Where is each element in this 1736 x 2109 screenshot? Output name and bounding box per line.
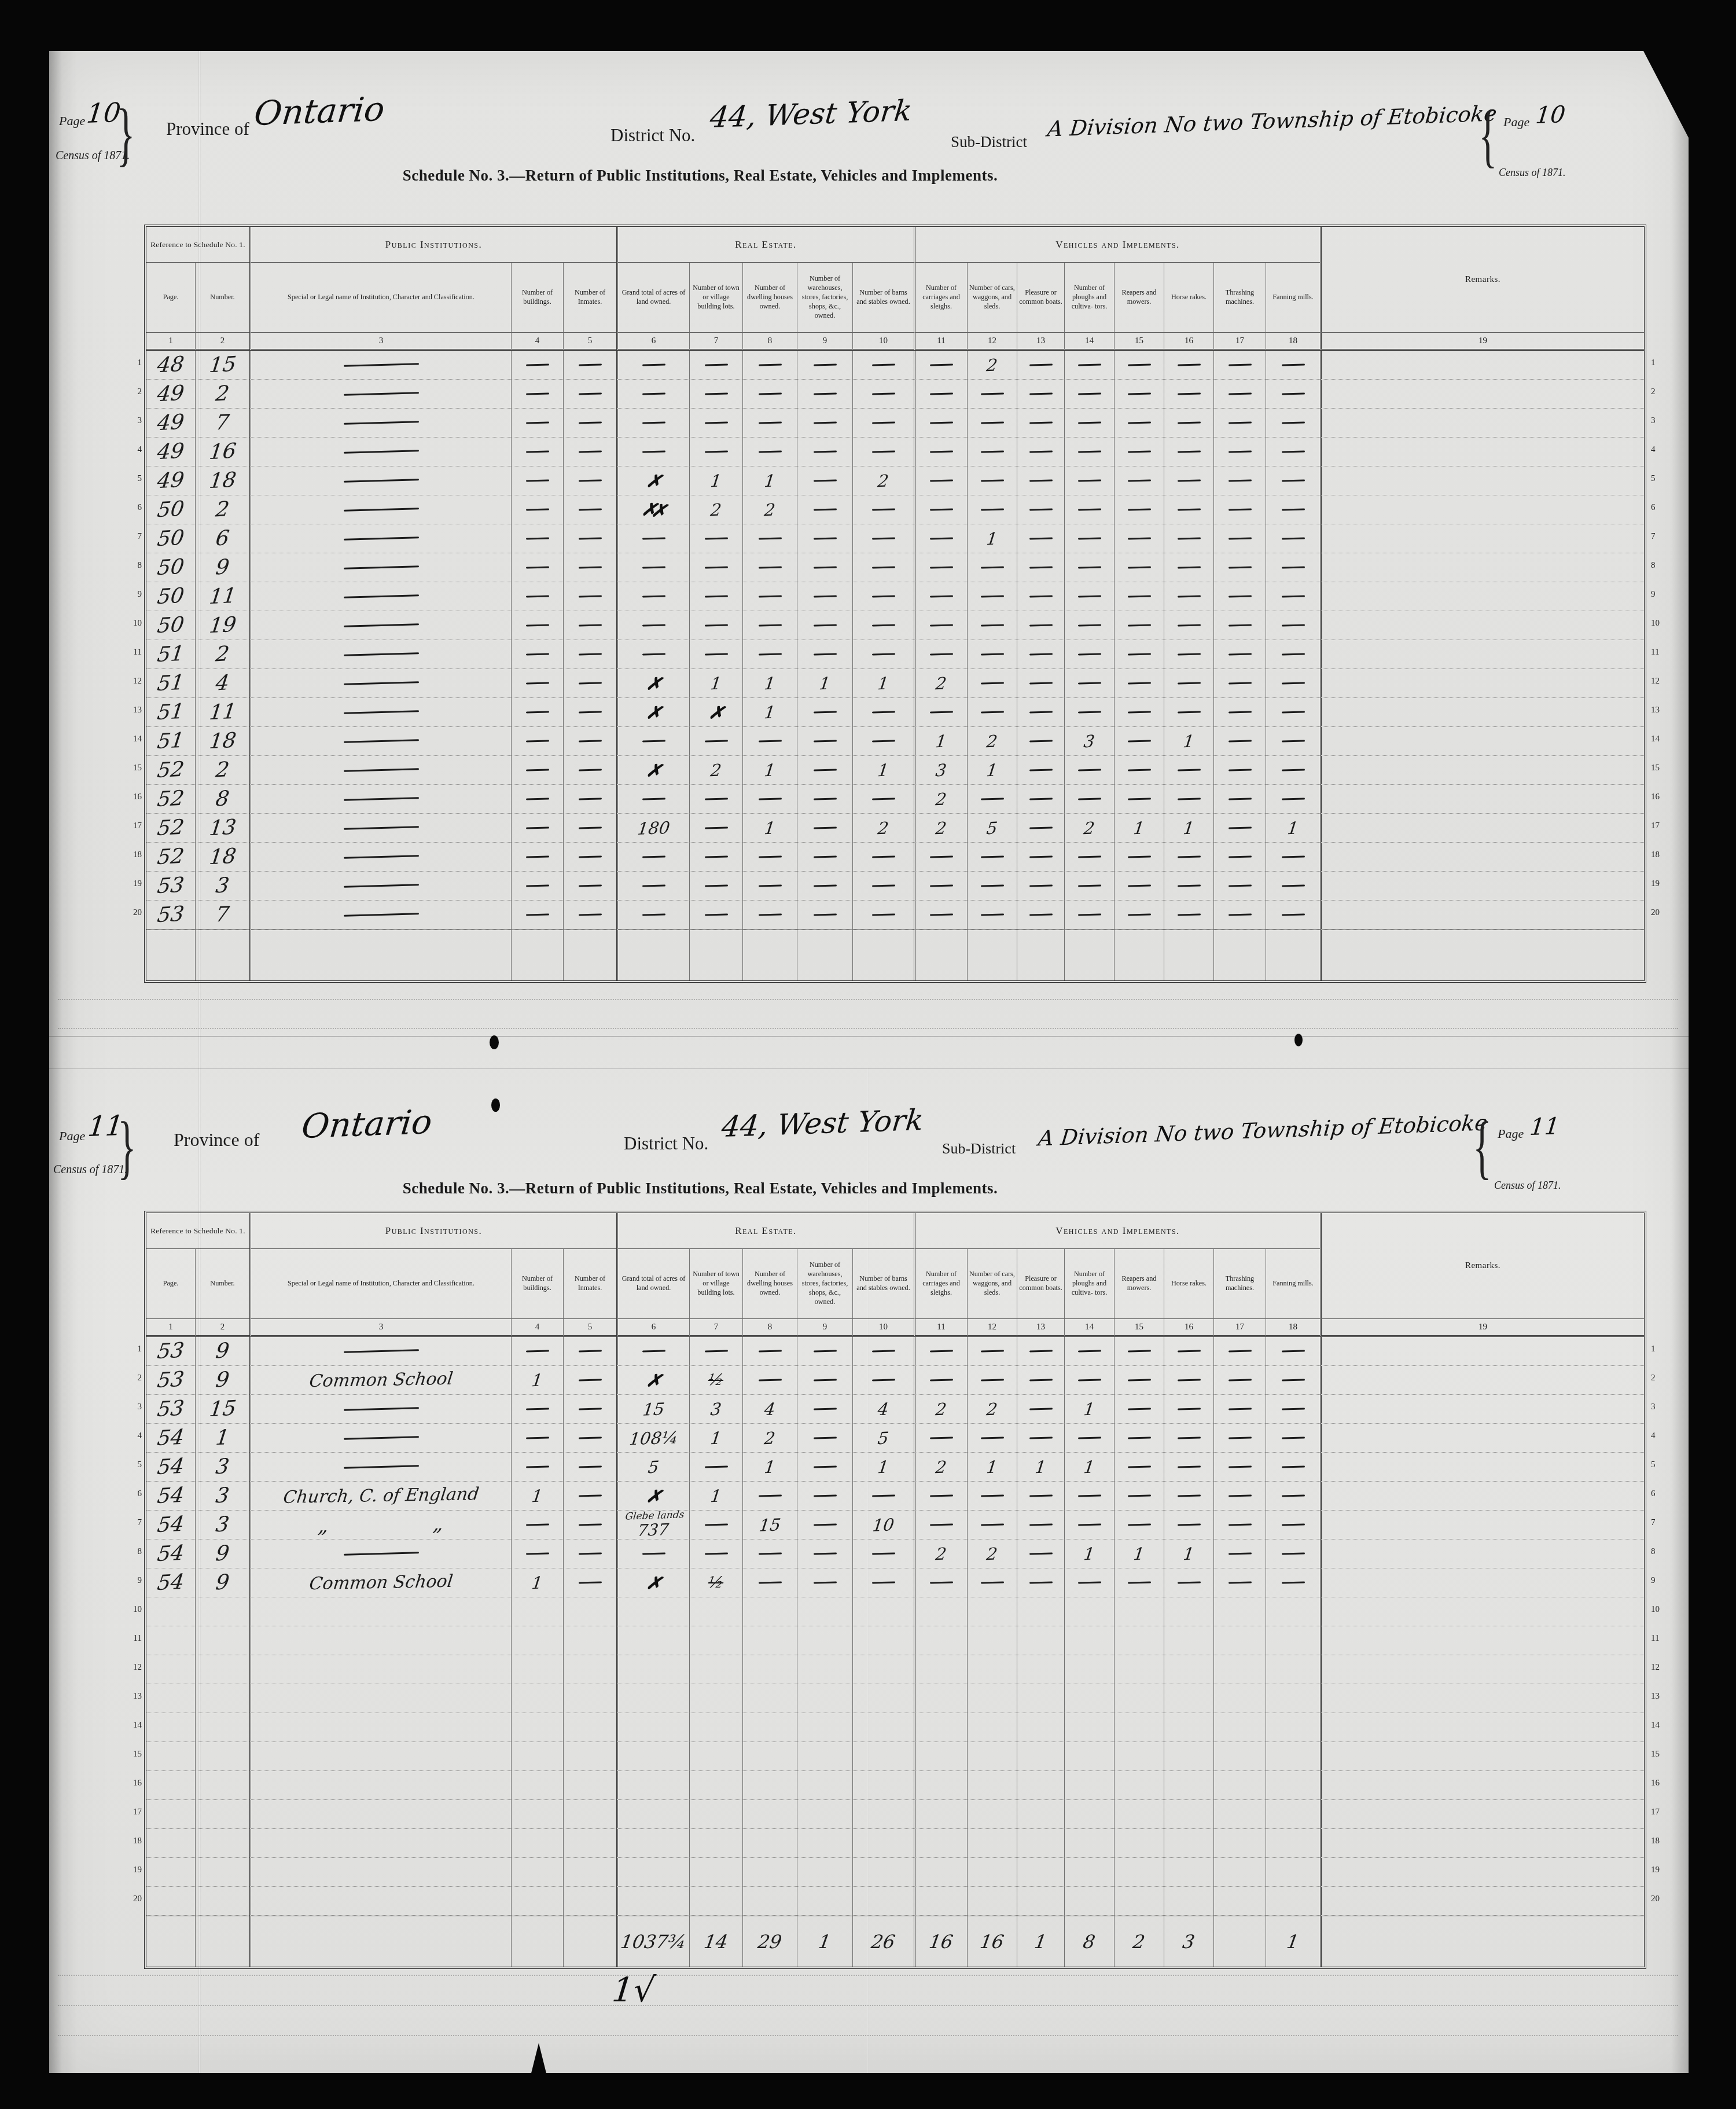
- dash-mark: [343, 363, 418, 366]
- cell-r9-c1: 54: [146, 1568, 195, 1597]
- row-number-left: 2: [119, 377, 142, 406]
- cell-r20-c3: [249, 901, 511, 929]
- cell-r10-c12: [967, 1597, 1017, 1626]
- column-number-14: 14: [1064, 332, 1114, 351]
- dash-mark: [871, 913, 895, 916]
- dash-mark: [929, 392, 952, 395]
- cell-r1-c7: [689, 1337, 742, 1366]
- cell-r18-c13: [1017, 1829, 1064, 1858]
- dash-mark: [1029, 1436, 1052, 1439]
- dash-mark: [813, 798, 836, 800]
- dash-mark: [1029, 798, 1052, 800]
- dash-mark: [929, 508, 952, 510]
- total-value-hw: 1: [1033, 1931, 1048, 1953]
- column-header-16: Horse rakes.: [1164, 1249, 1213, 1318]
- cell-r2-c12: [967, 380, 1017, 409]
- total-cell-c4: [511, 1916, 563, 1967]
- cell-r20-c8: [742, 901, 797, 929]
- dash-mark: [1177, 1494, 1200, 1497]
- value-hw: 1: [985, 760, 999, 780]
- row-number-right: 17: [1649, 811, 1672, 840]
- dash-mark: [525, 508, 549, 510]
- cell-r7-c9: [797, 524, 852, 553]
- cell-r12-c16: [1164, 1655, 1213, 1684]
- dash-mark: [1177, 884, 1200, 887]
- ref-page-hw: 53: [156, 873, 185, 898]
- row-number-left: 1: [119, 1335, 142, 1364]
- cell-r1-c13: [1017, 351, 1064, 380]
- ref-number-hw: 9: [214, 555, 230, 579]
- ref-page-hw: 49: [156, 468, 185, 493]
- cell-r2-c18: [1266, 1366, 1320, 1395]
- row-number-right: 19: [1649, 1856, 1672, 1884]
- row-number-right: 4: [1649, 435, 1672, 464]
- row-number-left: 11: [119, 1624, 142, 1653]
- ruled-line: [58, 1028, 1678, 1029]
- schedule-table: Reference to Schedule No. 1.Public Insti…: [144, 225, 1646, 983]
- cell-r18-c13: [1017, 843, 1064, 872]
- cell-r7-c3: „ „: [249, 1511, 511, 1540]
- dash-mark: [343, 421, 418, 424]
- cell-r15-c1: 52: [146, 756, 195, 785]
- dash-mark: [1228, 1379, 1251, 1381]
- cell-r17-c2: [195, 1800, 249, 1829]
- cell-r17-c10: 2: [852, 814, 914, 843]
- dash-mark: [1228, 653, 1251, 655]
- cell-r10-c10: [852, 1597, 914, 1626]
- ref-number-hw: 1: [214, 1425, 230, 1450]
- cell-r8-c12: [967, 553, 1017, 582]
- value-hw: 2: [877, 818, 890, 838]
- dash-mark: [578, 450, 601, 453]
- crossed-out-scribble: ✗: [645, 671, 662, 695]
- cell-r1-c17: [1213, 351, 1266, 380]
- dash-mark: [813, 711, 836, 713]
- dash-mark: [980, 711, 1003, 713]
- dash-mark: [1127, 450, 1150, 453]
- total-cell-c14: [1064, 929, 1114, 980]
- cell-r8-c18: [1266, 1540, 1320, 1568]
- cell-r17-c18: [1266, 1800, 1320, 1829]
- dash-mark: [642, 884, 665, 887]
- dash-mark: [704, 392, 727, 395]
- crossed-out-scribble: ✗: [645, 758, 662, 782]
- cell-r6-c5: [563, 1482, 616, 1511]
- cell-r20-c7: [689, 1887, 742, 1916]
- total-cell-c17: [1213, 929, 1266, 980]
- cell-r10-c16: [1164, 1597, 1213, 1626]
- cell-r10-c13: [1017, 1597, 1064, 1626]
- dash-mark: [704, 421, 727, 424]
- district-value-hw: 44, West York: [708, 94, 914, 134]
- cell-r7-c4: [511, 524, 563, 553]
- dash-mark: [1077, 537, 1101, 539]
- cell-r7-c4: [511, 1511, 563, 1540]
- row-number-left: 18: [119, 840, 142, 869]
- cell-r19-c7: [689, 872, 742, 901]
- dash-mark: [578, 1465, 601, 1468]
- value-hw: 3: [709, 1399, 723, 1419]
- cell-r6-c1: 50: [146, 495, 195, 524]
- page-number-right-hw-2: 11: [1528, 1113, 1561, 1141]
- cell-r5-c10: 2: [852, 466, 914, 495]
- cell-r9-c9: [797, 1568, 852, 1597]
- ref-number-hw: 3: [214, 1483, 230, 1508]
- cell-r4-c18: [1266, 438, 1320, 466]
- row-number-right: 17: [1649, 1798, 1672, 1827]
- cell-r10-c4: [511, 1597, 563, 1626]
- cell-r15-c6: [616, 1742, 689, 1771]
- column-header-1: Page.: [146, 1249, 195, 1318]
- cell-r18-c17: [1213, 1829, 1266, 1858]
- cell-r8-c17: [1213, 553, 1266, 582]
- column-header-9: Number of warehouses, stores, factories,…: [797, 263, 852, 332]
- cell-r4-c1: 54: [146, 1424, 195, 1453]
- cell-r15-c11: 3: [914, 756, 967, 785]
- cell-r4-c10: [852, 438, 914, 466]
- cell-r16-c9: [797, 785, 852, 814]
- cell-r8-c19: [1320, 1540, 1644, 1568]
- column-header-9: Number of warehouses, stores, factories,…: [797, 1249, 852, 1318]
- cell-r13-c13: [1017, 698, 1064, 727]
- cell-r11-c12: [967, 640, 1017, 669]
- cell-r8-c14: 1: [1064, 1540, 1114, 1568]
- cell-r3-c4: [511, 409, 563, 438]
- cell-r16-c5: [563, 1771, 616, 1800]
- cell-r8-c13: [1017, 553, 1064, 582]
- ref-page-hw: 51: [156, 642, 185, 667]
- dash-mark: [929, 624, 952, 626]
- cell-r20-c15: [1114, 1887, 1164, 1916]
- ref-number-hw: 7: [214, 902, 230, 927]
- row-number-right: 9: [1649, 1566, 1672, 1595]
- column-number-19: 19: [1320, 332, 1644, 351]
- cell-r6-c2: 2: [195, 495, 249, 524]
- total-cell-c12: [967, 929, 1017, 980]
- cell-r9-c18: [1266, 582, 1320, 611]
- cell-r14-c19: [1320, 1713, 1644, 1742]
- value-hw: 2: [935, 1544, 948, 1564]
- cell-r17-c13: [1017, 1800, 1064, 1829]
- cell-r5-c17: [1213, 1453, 1266, 1482]
- value-hw: 180: [637, 818, 671, 839]
- cell-r1-c8: [742, 1337, 797, 1366]
- dash-mark: [813, 1408, 836, 1410]
- dash-mark: [525, 479, 549, 482]
- value-hw: 2: [935, 673, 948, 693]
- dash-mark: [1177, 1465, 1200, 1468]
- cell-r6-c7: 1: [689, 1482, 742, 1511]
- cell-r14-c11: [914, 1713, 967, 1742]
- dash-mark: [1029, 826, 1052, 829]
- cell-r4-c13: [1017, 1424, 1064, 1453]
- dash-mark: [1077, 363, 1101, 366]
- dash-mark: [1228, 624, 1251, 626]
- cell-r13-c13: [1017, 1684, 1064, 1713]
- dash-mark: [343, 884, 418, 887]
- cell-r3-c8: [742, 409, 797, 438]
- dash-mark: [813, 479, 836, 482]
- cell-r10-c2: 19: [195, 611, 249, 640]
- ref-number-hw: 9: [214, 1368, 230, 1392]
- cell-r13-c12: [967, 1684, 1017, 1713]
- dash-mark: [343, 1407, 418, 1410]
- column-header-18: Fanning mills.: [1266, 1249, 1320, 1318]
- cell-r15-c19: [1320, 756, 1644, 785]
- dash-mark: [578, 769, 601, 771]
- row-number-left: 4: [119, 1421, 142, 1450]
- cell-r8-c7: [689, 553, 742, 582]
- cell-r13-c4: [511, 698, 563, 727]
- cell-r11-c11: [914, 1626, 967, 1655]
- dash-mark: [704, 450, 727, 453]
- group-header-public-institutions: Public Institutions.: [249, 1213, 616, 1249]
- value-hw: 1: [763, 702, 777, 722]
- dash-mark: [1077, 769, 1101, 771]
- cell-r19-c8: [742, 872, 797, 901]
- cell-r6-c4: [511, 495, 563, 524]
- cell-r11-c15: [1114, 1626, 1164, 1655]
- cell-r6-c12: [967, 495, 1017, 524]
- dash-mark: [578, 624, 601, 626]
- dash-mark: [642, 421, 665, 424]
- cell-r15-c8: [742, 1742, 797, 1771]
- cell-r7-c1: 50: [146, 524, 195, 553]
- cell-r7-c19: [1320, 524, 1644, 553]
- cell-r18-c5: [563, 843, 616, 872]
- column-header-15: Reapers and mowers.: [1114, 263, 1164, 332]
- cell-r7-c17: [1213, 1511, 1266, 1540]
- dash-mark: [525, 913, 549, 916]
- row-number-right: 13: [1649, 696, 1672, 725]
- cell-r20-c3: [249, 1887, 511, 1916]
- cell-r14-c17: [1213, 727, 1266, 756]
- dash-mark: [980, 479, 1003, 482]
- dash-mark: [758, 1581, 781, 1583]
- dash-mark: [980, 653, 1003, 655]
- cell-r15-c15: [1114, 1742, 1164, 1771]
- dash-mark: [578, 1436, 601, 1439]
- value-hw: 1: [763, 673, 777, 693]
- cell-r10-c10: [852, 611, 914, 640]
- cell-r9-c8: [742, 582, 797, 611]
- cell-r10-c8: [742, 611, 797, 640]
- cell-r4-c16: [1164, 1424, 1213, 1453]
- cell-r10-c14: [1064, 611, 1114, 640]
- dash-mark: [343, 565, 418, 569]
- dash-mark: [578, 1379, 601, 1381]
- cell-r4-c3: [249, 438, 511, 466]
- cell-r5-c7: [689, 1453, 742, 1482]
- cell-r5-c19: [1320, 466, 1644, 495]
- value-hw: 3: [1083, 731, 1096, 751]
- dash-mark: [871, 653, 895, 655]
- cell-r7-c17: [1213, 524, 1266, 553]
- cell-r15-c9: [797, 756, 852, 785]
- dash-mark: [343, 652, 418, 656]
- dash-mark: [929, 913, 952, 916]
- cell-r5-c12: [967, 466, 1017, 495]
- cell-r11-c8: [742, 640, 797, 669]
- cell-r5-c8: 1: [742, 466, 797, 495]
- dash-mark: [1127, 1465, 1150, 1468]
- cell-r17-c12: 5: [967, 814, 1017, 843]
- cell-r15-c10: 1: [852, 756, 914, 785]
- cell-r12-c1: [146, 1655, 195, 1684]
- cell-r2-c5: [563, 1366, 616, 1395]
- cell-r17-c6: 180: [616, 814, 689, 843]
- dash-mark: [758, 566, 781, 568]
- cell-r2-c13: [1017, 1366, 1064, 1395]
- total-cell-c1: [146, 929, 195, 980]
- dash-mark: [704, 595, 727, 597]
- column-number-11: 11: [914, 1318, 967, 1337]
- dash-mark: [343, 739, 418, 743]
- cell-r8-c9: [797, 553, 852, 582]
- dash-mark: [1228, 1552, 1251, 1555]
- cell-r17-c8: 1: [742, 814, 797, 843]
- column-number-6: 6: [616, 1318, 689, 1337]
- cell-r12-c3: [249, 1655, 511, 1684]
- dash-mark: [1228, 769, 1251, 771]
- group-header-public-institutions: Public Institutions.: [249, 227, 616, 263]
- total-cell-c6: 1037¾: [616, 1916, 689, 1967]
- cell-r9-c19: [1320, 582, 1644, 611]
- dash-mark: [642, 1350, 665, 1352]
- cell-r16-c16: [1164, 1771, 1213, 1800]
- cell-r10-c11: [914, 1597, 967, 1626]
- cell-r19-c13: [1017, 872, 1064, 901]
- cell-r6-c3: Church, C. of England: [249, 1482, 511, 1511]
- row-number-right: 16: [1649, 1769, 1672, 1798]
- dash-mark: [1127, 392, 1150, 395]
- total-cell-c5: [563, 929, 616, 980]
- cell-r17-c3: [249, 814, 511, 843]
- row-number-left: 13: [119, 696, 142, 725]
- dash-mark: [1281, 1350, 1304, 1352]
- dash-mark: [1077, 798, 1101, 800]
- cell-r13-c9: [797, 698, 852, 727]
- dash-mark: [929, 1581, 952, 1583]
- dash-mark: [525, 1523, 549, 1526]
- footnote-tally-hw: 1√: [610, 1970, 657, 2009]
- cell-r11-c9: [797, 640, 852, 669]
- ref-number-hw: 9: [214, 1570, 230, 1594]
- cell-r12-c13: [1017, 669, 1064, 698]
- cell-r20-c12: [967, 1887, 1017, 1916]
- dash-mark: [813, 1436, 836, 1439]
- punch-hole: [491, 1098, 500, 1112]
- dash-mark: [758, 740, 781, 742]
- total-cell-c11: 16: [914, 1916, 967, 1967]
- cell-r10-c16: [1164, 611, 1213, 640]
- dash-mark: [1228, 479, 1251, 482]
- dash-mark: [343, 1465, 418, 1468]
- cell-r1-c14: [1064, 1337, 1114, 1366]
- cell-r5-c5: [563, 466, 616, 495]
- dash-mark: [1177, 913, 1200, 916]
- cell-r2-c2: 2: [195, 380, 249, 409]
- row-number-left: 12: [119, 1653, 142, 1682]
- cell-r18-c19: [1320, 1829, 1644, 1858]
- value-hw: 5: [877, 1428, 890, 1448]
- cell-r11-c3: [249, 640, 511, 669]
- dash-mark: [578, 508, 601, 510]
- cell-r17-c7: [689, 1800, 742, 1829]
- ref-number-hw: 11: [208, 700, 237, 725]
- value-hw: 5: [985, 818, 999, 838]
- cell-r15-c7: [689, 1742, 742, 1771]
- schedule-table: Reference to Schedule No. 1.Public Insti…: [144, 1211, 1646, 1969]
- cell-r4-c5: [563, 1424, 616, 1453]
- row-number-right: 2: [1649, 377, 1672, 406]
- ref-page-hw: 54: [156, 1483, 185, 1508]
- cell-r15-c12: 1: [967, 756, 1017, 785]
- cell-r20-c5: [563, 1887, 616, 1916]
- dash-mark: [980, 1379, 1003, 1381]
- cell-r18-c6: [616, 1829, 689, 1858]
- cell-r14-c11: 1: [914, 727, 967, 756]
- cell-r19-c8: [742, 1858, 797, 1887]
- cell-r9-c8: [742, 1568, 797, 1597]
- cell-r19-c1: 53: [146, 872, 195, 901]
- cell-r2-c10: [852, 1366, 914, 1395]
- cell-r18-c10: [852, 843, 914, 872]
- dash-mark: [1127, 1350, 1150, 1352]
- value-hw: 2: [935, 1457, 948, 1477]
- dash-mark: [871, 1379, 895, 1381]
- dash-mark: [1177, 1523, 1200, 1526]
- cell-r13-c2: 11: [195, 698, 249, 727]
- cell-r10-c3: [249, 1597, 511, 1626]
- cell-r13-c14: [1064, 698, 1114, 727]
- row-number-left: 1: [119, 348, 142, 377]
- cell-r14-c13: [1017, 1713, 1064, 1742]
- cell-r2-c19: [1320, 1366, 1644, 1395]
- total-cell-c16: [1164, 929, 1213, 980]
- dash-mark: [929, 1523, 952, 1526]
- dash-mark: [1177, 508, 1200, 510]
- dash-mark: [871, 884, 895, 887]
- dash-mark: [758, 421, 781, 424]
- cell-r3-c11: 2: [914, 1395, 967, 1424]
- dash-mark: [1077, 595, 1101, 597]
- cell-r20-c4: [511, 1887, 563, 1916]
- value-hw: 1: [709, 673, 723, 693]
- cell-r15-c4: [511, 756, 563, 785]
- dash-mark: [1127, 1408, 1150, 1410]
- cell-r9-c1: 50: [146, 582, 195, 611]
- dash-mark: [343, 1436, 418, 1439]
- column-number-1: 1: [146, 332, 195, 351]
- dash-mark: [1029, 1523, 1052, 1526]
- cell-r5-c7: 1: [689, 466, 742, 495]
- cell-r12-c16: [1164, 669, 1213, 698]
- row-number-right: 11: [1649, 1624, 1672, 1653]
- row-number-right: 2: [1649, 1364, 1672, 1392]
- dash-mark: [1127, 537, 1150, 539]
- ref-page-hw: 52: [156, 815, 185, 840]
- cell-r11-c15: [1114, 640, 1164, 669]
- cell-r14-c15: [1114, 1713, 1164, 1742]
- dash-mark: [642, 595, 665, 597]
- crossed-out-scribble: ✗✗: [641, 497, 667, 522]
- total-cell-c19: [1320, 929, 1644, 980]
- cell-r8-c15: [1114, 553, 1164, 582]
- dash-mark: [929, 421, 952, 424]
- cell-r12-c17: [1213, 669, 1266, 698]
- dash-mark: [1281, 624, 1304, 626]
